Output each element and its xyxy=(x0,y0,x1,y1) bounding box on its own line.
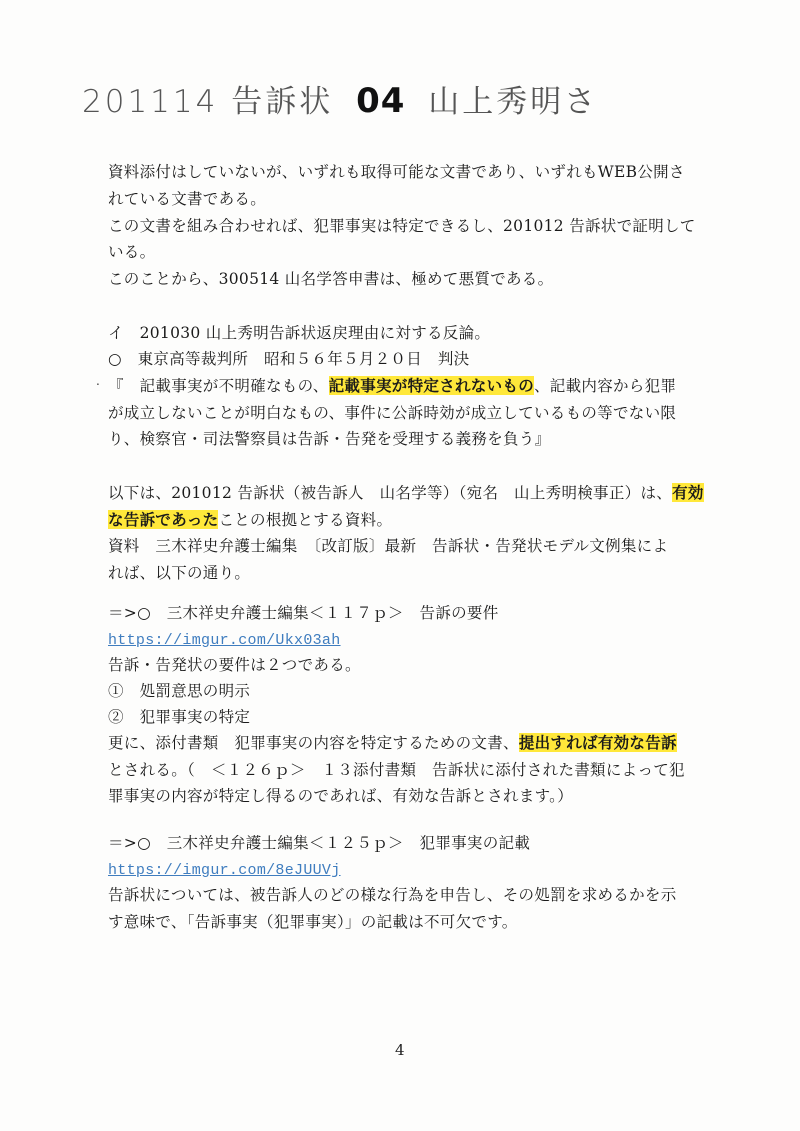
list-item: ① 処罰意思の明示 xyxy=(108,681,250,701)
text-line: 資料添付はしていないが、いずれも取得可能な文書であり、いずれもWEB公開さ xyxy=(108,162,685,182)
title-number: 04 xyxy=(356,81,405,121)
text-line: 告訴状については、被告訴人のどの様な行為を申告し、その処罰を求めるかを示 xyxy=(108,885,677,905)
text-line: この文書を組み合わせれば、犯罪事実は特定できるし、201012 告訴状で証明して xyxy=(108,216,696,236)
imgur-link[interactable]: https://imgur.com/8eJUUVj xyxy=(108,862,341,879)
title-doc-type: 告訴状 xyxy=(231,84,333,120)
quote-line: 『 記載事実が不明確なもの、記載事実が特定されないもの、記載内容から犯罪 xyxy=(108,376,676,396)
quote-line: り、検察官・司法警察員は告訴・告発を受理する義務を負う』 xyxy=(108,429,550,449)
section-heading: イ 201030 山上秀明告訴状返戻理由に対する反論。 xyxy=(108,323,490,343)
title-date: 201114 xyxy=(82,84,218,120)
imgur-link[interactable]: https://imgur.com/Ukx03ah xyxy=(108,632,341,649)
text-line: 更に、添付書類 犯罪事実の内容を特定するための文書、提出すれば有効な告訴 xyxy=(108,733,677,753)
list-item: ② 犯罪事実の特定 xyxy=(108,707,250,727)
text-line: す意味で、「告訴事実（犯罪事実）」の記載は不可欠です。 xyxy=(108,912,518,932)
text: 以下は、201012 告訴状（被告訴人 山名学等）（宛名 山上秀明検事正）は、 xyxy=(108,484,672,502)
text-line: 告訴・告発状の要件は２つである。 xyxy=(108,655,361,675)
reference-title: ＝>○ 三木祥史弁護士編集＜１２５ｐ＞ 犯罪事実の記載 xyxy=(108,833,530,853)
text: 更に、添付書類 犯罪事実の内容を特定するための文書、 xyxy=(108,734,519,752)
text-line: とされる。（ ＜１２６ｐ＞ １３添付書類 告訴状に添付された書類によって犯 xyxy=(108,760,685,780)
text-line: れている文書である。 xyxy=(108,189,266,209)
text-line: このことから、300514 山名学答申書は、極めて悪質である。 xyxy=(108,269,553,289)
highlighted-text: 記載事実が特定されないもの xyxy=(329,376,534,395)
reference-link[interactable]: https://imgur.com/Ukx03ah xyxy=(108,629,341,651)
reference-title: ＝>○ 三木祥史弁護士編集＜１１７ｐ＞ 告訴の要件 xyxy=(108,603,499,623)
text-line: 罪事実の内容が特定し得るのであれば、有効な告訴とされます。） xyxy=(108,786,573,806)
text: ことの根拠とする資料。 xyxy=(218,511,392,529)
text-line: 以下は、201012 告訴状（被告訴人 山名学等）（宛名 山上秀明検事正）は、有… xyxy=(108,483,704,503)
title-addressee: 山上秀明さ xyxy=(428,84,598,120)
text-line: 資料 三木祥史弁護士編集 〔改訂版〕最新 告訴状・告発状モデル文例集によ xyxy=(108,536,668,556)
stray-mark: . xyxy=(96,374,100,388)
text-line: な告訴であったことの根拠とする資料。 xyxy=(108,510,392,530)
handwritten-title: 201114 告訴状 04 山上秀明さ xyxy=(82,76,598,121)
quote-text: 、記載内容から犯罪 xyxy=(534,377,676,395)
highlighted-text: 提出すれば有効な告訴 xyxy=(519,733,677,752)
court-citation: ○ 東京高等裁判所 昭和５６年５月２０日 判決 xyxy=(108,349,469,369)
quote-line: が成立しないことが明白なもの、事件に公訴時効が成立しているもの等でない限 xyxy=(108,403,676,423)
highlighted-text: な告訴であった xyxy=(108,510,218,529)
quote-text: 『 記載事実が不明確なもの、 xyxy=(108,377,329,395)
reference-link[interactable]: https://imgur.com/8eJUUVj xyxy=(108,859,341,881)
highlighted-text: 有効 xyxy=(672,483,704,502)
page-number: 4 xyxy=(395,1041,405,1059)
text-line: いる。 xyxy=(108,242,155,262)
text-line: れば、以下の通り。 xyxy=(108,563,250,583)
